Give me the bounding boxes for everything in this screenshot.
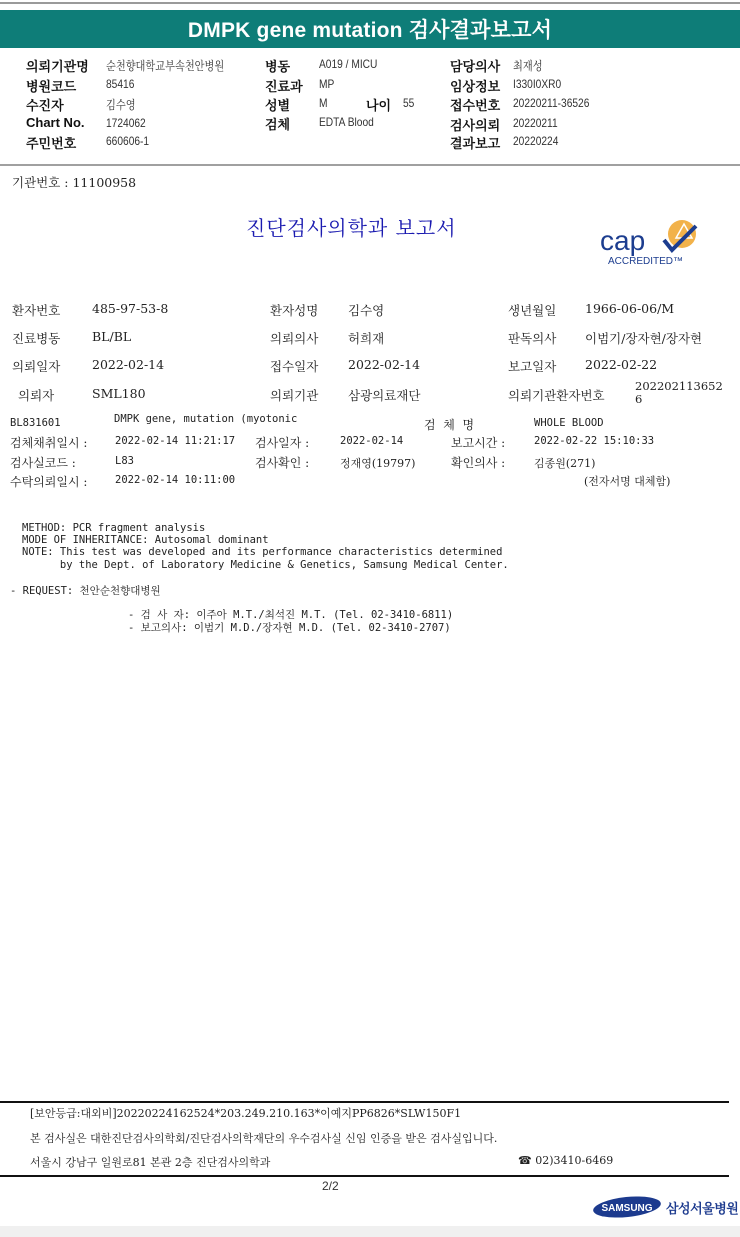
header-value: 20220211-36526 <box>513 96 603 110</box>
label-request-date: 의뢰일자 <box>12 357 60 375</box>
header-value: 1724062 <box>106 116 153 130</box>
chart-no-value: 1724062 <box>106 116 146 130</box>
header-field-department: 진료과 <box>265 76 303 95</box>
verify-value: 정재영(19797) <box>340 455 415 471</box>
receive-value: 2022-02-14 10:11:00 <box>115 474 235 486</box>
reporter-line: - 보고의사: 이범기 M.D./장자현 M.D. (Tel. 02-3410-… <box>128 620 451 635</box>
report-banner: DMPK gene mutation 검사결과보고서 <box>0 10 740 48</box>
value-receipt-date: 2022-02-14 <box>348 357 420 372</box>
test-name: DMPK gene, mutation (myotonic <box>114 413 297 425</box>
label-requesting-doctor: 의뢰의사 <box>270 329 318 347</box>
hospital-code-value: 85416 <box>106 77 134 91</box>
label-requester: 의뢰자 <box>18 386 54 404</box>
phone-line: ☎ 02)3410-6469 <box>518 1154 613 1167</box>
age-value: 55 <box>403 96 414 110</box>
attending-value: 최재성 <box>513 57 543 74</box>
value-report-date: 2022-02-22 <box>585 357 657 372</box>
label-ward: 진료병동 <box>12 329 60 347</box>
lab-code-value: L83 <box>115 455 134 467</box>
patient-name-value: 김수영 <box>106 96 136 113</box>
clinical-info-value: I330I0XR0 <box>513 77 561 91</box>
institution-number: 기관번호 : 11100958 <box>12 173 136 191</box>
note-line-1: NOTE: This test was developed and its pe… <box>22 546 502 558</box>
test-date-value: 2022-02-14 <box>340 435 403 447</box>
samsung-logo: SAMSUNG <box>592 1196 662 1218</box>
header-field-test-request: 검사의뢰 <box>450 115 500 134</box>
collect-value: 2022-02-14 11:21:17 <box>115 435 235 447</box>
label-report-date: 보고일자 <box>508 357 556 375</box>
header-value: 85416 <box>106 77 139 91</box>
cap-accredited-logo: cap ACCREDITED™ <box>598 218 702 268</box>
value-patient-no: 485-97-53-8 <box>92 301 168 316</box>
label-patient-no: 환자번호 <box>12 301 60 319</box>
banner-title: DMPK gene mutation 검사결과보고서 <box>188 14 552 44</box>
label-institution-patient-no: 의뢰기관환자번호 <box>508 386 605 404</box>
header-field-age: 나이 <box>366 95 391 114</box>
value-requesting-institution: 삼광의료재단 <box>348 386 420 404</box>
sex-value: M <box>319 96 328 110</box>
header-field-hospital-code: 병원코드 <box>26 76 76 95</box>
label-birth-date: 생년월일 <box>508 301 556 319</box>
ward-value: A019 / MICU <box>319 57 377 71</box>
note-line-2: by the Dept. of Laboratory Medicine & Ge… <box>22 559 509 571</box>
header-field-patient: 수진자 <box>26 95 64 114</box>
inheritance-line: MODE OF INHERITANCE: Autosomal dominant <box>22 534 269 546</box>
header-divider <box>0 164 740 166</box>
header-value: 최재성 <box>513 57 548 74</box>
label-receipt-date: 접수일자 <box>270 357 318 375</box>
verify-label: 검사확인 : <box>255 454 309 471</box>
value-patient-name: 김수영 <box>348 301 384 319</box>
header-field-sex: 성별 <box>265 95 290 114</box>
receive-label: 수탁의뢰일시 : <box>10 473 87 490</box>
collect-label: 검체채취일시 : <box>10 434 87 451</box>
test-code: BL831601 <box>10 417 61 429</box>
value-request-date: 2022-02-14 <box>92 357 164 372</box>
confirm-doctor-label: 확인의사 : <box>451 454 505 471</box>
request-line: - REQUEST: 천안순천향대병원 <box>10 583 161 598</box>
header-field-chart-no: Chart No. <box>26 115 85 130</box>
value-birth-date: 1966-06-06/M <box>585 301 674 316</box>
lab-code-label: 검사실코드 : <box>10 454 76 471</box>
label-patient-name: 환자성명 <box>270 301 318 319</box>
value-reading-doctor: 이범기/장자현/장자현 <box>585 329 702 347</box>
svg-text:ACCREDITED™: ACCREDITED™ <box>608 256 683 267</box>
report-time-value: 2022-02-22 15:10:33 <box>534 435 654 447</box>
specimen-value: EDTA Blood <box>319 115 374 129</box>
header-value: 20220211 <box>513 116 566 130</box>
page-bottom-band <box>0 1226 740 1237</box>
header-field-receipt-no: 접수번호 <box>450 95 500 114</box>
department-value: MP <box>319 77 334 91</box>
confirm-doctor-value: 김종원(271) <box>534 455 595 471</box>
security-line: [보안등급:대외비]20220224162524*203.249.210.163… <box>30 1105 461 1121</box>
header-value: MP <box>319 77 337 91</box>
footer-divider-bottom <box>0 1175 729 1177</box>
header-value: 순천향대학교부속천안병원 <box>106 57 245 74</box>
footer-divider-top <box>0 1101 729 1103</box>
header-value: A019 / MICU <box>319 57 388 71</box>
header-field-clinical-info: 임상정보 <box>450 76 500 95</box>
method-line: METHOD: PCR fragment analysis <box>22 522 205 534</box>
address-line: 서울시 강남구 일원로81 본관 2층 진단검사의학과 <box>30 1154 270 1170</box>
receipt-no-value: 20220211-36526 <box>513 96 589 110</box>
header-value: EDTA Blood <box>319 115 383 129</box>
test-date-label: 검사일자 : <box>255 434 309 451</box>
value-requester: SML180 <box>92 386 146 401</box>
header-value: M <box>319 96 329 110</box>
certification-line: 본 검사실은 대한진단검사의학회/진단검사의학재단의 우수검사실 신임 인증을 … <box>30 1130 497 1146</box>
header-field-resident-no: 주민번호 <box>26 133 76 152</box>
hospital-name: 삼성서울병원 <box>666 1198 738 1217</box>
value-ward: BL/BL <box>92 329 131 344</box>
label-reading-doctor: 판독의사 <box>508 329 556 347</box>
page-number: 2/2 <box>322 1179 339 1193</box>
svg-text:cap: cap <box>600 225 645 256</box>
requesting-institution-value: 순천향대학교부속천안병원 <box>106 57 224 74</box>
report-time-label: 보고시간 : <box>451 434 505 451</box>
header-value: 660606-1 <box>106 134 157 148</box>
header-field-ward: 병동 <box>265 56 290 75</box>
svg-text:SAMSUNG: SAMSUNG <box>601 1203 652 1214</box>
specimen-value: WHOLE BLOOD <box>534 417 604 429</box>
result-report-value: 20220224 <box>513 134 558 148</box>
label-requesting-institution: 의뢰기관 <box>270 386 318 404</box>
specimen-label: 검 체 명 <box>424 416 474 433</box>
resident-no-value: 660606-1 <box>106 134 149 148</box>
header-value: I330I0XR0 <box>513 77 570 91</box>
value-institution-patient-no-cont: 6 <box>635 393 642 405</box>
value-requesting-doctor: 허희재 <box>348 329 384 347</box>
header-value: 20220224 <box>513 134 566 148</box>
value-institution-patient-no: 202202113652 <box>635 380 723 392</box>
top-divider <box>0 2 740 4</box>
report-title: 진단검사의학과 보고서 <box>246 212 457 241</box>
test-request-value: 20220211 <box>513 116 558 130</box>
header-field-result-report: 결과보고 <box>450 133 500 152</box>
header-value: 55 <box>403 96 416 110</box>
header-field-attending: 담당의사 <box>450 56 500 75</box>
header-field-specimen: 검체 <box>265 114 290 133</box>
header-value: 김수영 <box>106 96 141 113</box>
header-field-requesting-institution: 의뢰기관명 <box>26 56 89 75</box>
esign-note: (전자서명 대체함) <box>584 473 670 489</box>
